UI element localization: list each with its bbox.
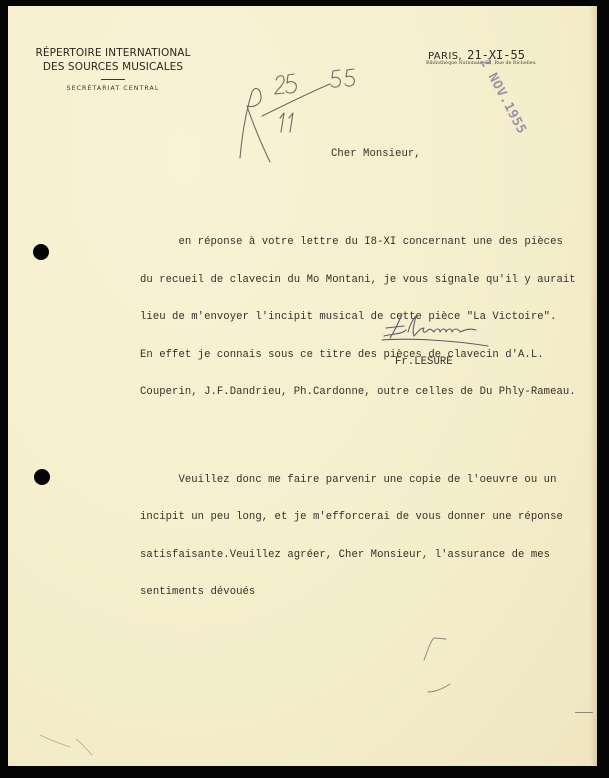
body-line: sentiments dévoués — [140, 586, 576, 599]
paragraph-1: en réponse à votre lettre du I8-XI conce… — [140, 211, 576, 424]
body-line: satisfaisante.Veuillez agréer, Cher Mons… — [140, 549, 576, 562]
signatory-name: Fr.LESURE — [395, 356, 453, 368]
body-line: Couperin, J.F.Dandrieu, Ph.Cardonne, out… — [140, 386, 576, 399]
body-line: Veuillez donc me faire parvenir une copi… — [140, 474, 576, 487]
pencil-mark-bottom-left — [36, 725, 106, 765]
letterhead: RÉPERTOIRE INTERNATIONAL DES SOURCES MUS… — [18, 46, 208, 92]
salutation: Cher Monsieur, — [331, 148, 421, 160]
org-name-line-2: DES SOURCES MUSICALES — [18, 60, 208, 74]
body-line: incipit un peu long, et je m'efforcerai … — [140, 511, 576, 524]
paragraph-2: Veuillez donc me faire parvenir une copi… — [140, 449, 576, 624]
body-line: en réponse à votre lettre du I8-XI conce… — [140, 236, 576, 249]
punch-hole-top — [33, 244, 49, 260]
letterhead-subtitle: SECRÉTARIAT CENTRAL — [18, 85, 208, 92]
punch-hole-bottom — [34, 469, 50, 485]
letter-date: 21-XI-55 — [467, 48, 525, 62]
signature — [380, 306, 500, 350]
body-line: lieu de m'envoyer l'incipit musical de c… — [140, 311, 576, 324]
body-line: du recueil de clavecin du Mo Montani, je… — [140, 274, 576, 287]
pencil-dash-right — [575, 712, 593, 713]
org-name-line-1: RÉPERTOIRE INTERNATIONAL — [18, 46, 208, 60]
letter-body: en réponse à votre lettre du I8-XI conce… — [140, 186, 576, 636]
letterhead-divider — [101, 79, 125, 80]
body-line: En effet je connais sous ce titre des pi… — [140, 349, 576, 362]
page-edge-shadow — [589, 6, 597, 766]
pencil-mark-bottom-right — [420, 630, 480, 700]
